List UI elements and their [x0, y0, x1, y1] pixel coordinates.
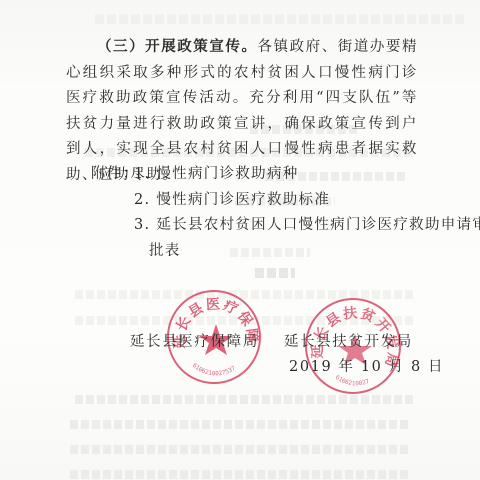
attachment-item-3-cont: 批表 [149, 243, 181, 259]
attachment-item-3: 3. 延长县农村贫困人口慢性病门诊医疗救助申请审 [134, 217, 480, 233]
bleed-through-text [70, 470, 410, 479]
section-heading: （三）开展政策宣传。 [97, 38, 258, 55]
svg-text:6106210027: 6106210027 [334, 374, 371, 387]
bleed-through-text [255, 268, 295, 278]
attachment-item: 批表 [91, 239, 480, 265]
bleed-through-text [70, 445, 410, 454]
attachment-item-2: 2. 慢性病门诊医疗救助标准 [134, 192, 330, 208]
attachment-item: 2. 慢性病门诊医疗救助标准 [91, 188, 480, 214]
document-date: 2019 年 10 月 8 日 [289, 355, 444, 376]
attachments-list: 附件：1. 慢性病门诊救助病种 2. 慢性病门诊医疗救助标准 3. 延长县农村贫… [91, 162, 480, 264]
signature-poverty-bureau: 延长县扶贫开发局 [284, 330, 413, 351]
bleed-through-text [95, 14, 465, 24]
attachment-item: 3. 延长县农村贫困人口慢性病门诊医疗救助申请审 [91, 213, 480, 239]
bleed-through-text [75, 395, 415, 404]
bleed-through-text [70, 420, 410, 429]
attachment-item-1: 1. 慢性病门诊救助病种 [134, 166, 299, 182]
attachments-label: 附件： [91, 162, 134, 188]
document-page: （三）开展政策宣传。各镇政府、街道办要精心组织采取多种形式的农村贫困人口慢性病门… [0, 0, 480, 480]
svg-text:6106210027537: 6106210027537 [191, 362, 237, 377]
attachment-item: 附件：1. 慢性病门诊救助病种 [91, 162, 480, 188]
signature-medical-bureau: 延长县医疗保障局 [130, 330, 259, 351]
